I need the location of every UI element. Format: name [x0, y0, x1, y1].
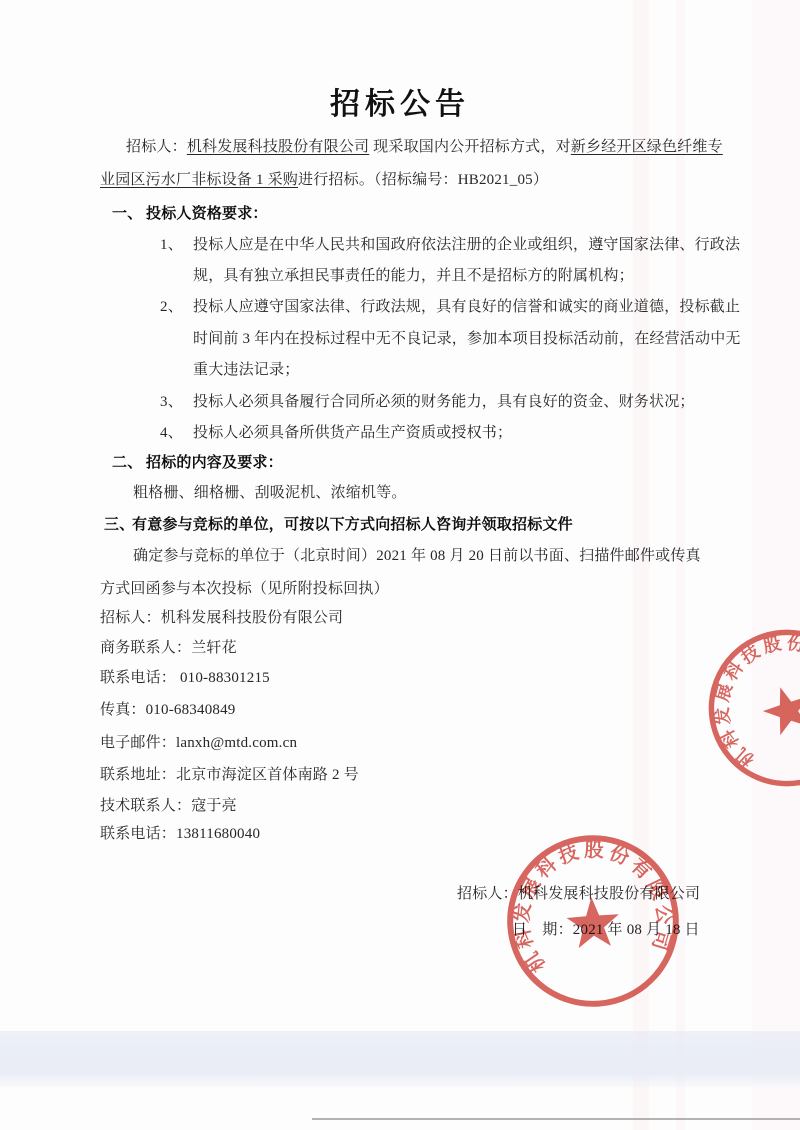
section2-content: 粗格栅、细格栅、刮吸泥机、浓缩机等。	[133, 483, 407, 504]
intro-tail-text: 进行招标。（招标编号：HB2021_05）	[298, 172, 548, 188]
item-1-text: 投标人应是在中华人民共和国政府依法注册的企业或组织，遵守国家法律、行政法	[193, 237, 740, 253]
seal-star-icon	[565, 895, 621, 948]
item-2-number: 2、	[160, 297, 193, 318]
section1-heading: 一、投标人资格要求：	[112, 204, 268, 225]
contact-address: 联系地址：北京市海淀区首体南路 2 号	[100, 765, 359, 786]
intro-mid-text: 现采取国内公开招标方式，对	[369, 139, 571, 155]
item-4-line-1: 4、投标人必须具备所供货产品生产资质或授权书；	[160, 423, 512, 444]
scan-edge-line	[312, 1118, 800, 1120]
scan-artifact-band	[0, 1031, 800, 1087]
contact-tech-person: 技术联系人：寇于亮	[100, 796, 237, 817]
project-name-part2: 业园区污水厂非标设备 1 采购	[100, 172, 298, 188]
item-1-number: 1、	[160, 235, 193, 256]
item-3-text: 投标人必须具备履行合同所必须的财务能力，具有良好的资金、财务状况；	[193, 394, 695, 410]
item-2-text: 重大违法记录；	[193, 362, 299, 378]
section3-heading: 三、有意参与竞标的单位，可按以下方式向招标人咨询并领取招标文件	[104, 515, 573, 536]
intro-line-2: 业园区污水厂非标设备 1 采购进行招标。（招标编号：HB2021_05）	[100, 170, 548, 191]
item-4-number: 4、	[160, 423, 193, 444]
bidder-name-underlined: 机科发展科技股份有限公司	[187, 139, 369, 155]
item-2-line-1: 2、投标人应遵守国家法律、行政法规，具有良好的信誉和诚实的商业道德，投标截止	[160, 297, 740, 318]
section3-para-line-1: 确定参与竞标的单位于（北京时间）2021 年 08 月 20 日前以书面、扫描件…	[133, 546, 701, 567]
item-1-text: 规，具有独立承担民事责任的能力，并且不是招标方的附属机构；	[193, 268, 634, 284]
contact-phone: 联系电话： 010-88301215	[100, 668, 270, 689]
item-3-line-1: 3、投标人必须具备履行合同所必须的财务能力，具有良好的资金、财务状况；	[160, 392, 695, 413]
company-seal-edge: 机科发展科技股份有限公司	[703, 624, 800, 792]
item-2-line-2: 时间前 3 年内在投标过程中无不良记录，参加本项目投标活动前，在经营活动中无	[193, 329, 741, 350]
item-2-line-3: 重大违法记录；	[193, 360, 299, 381]
seal-star-icon	[757, 680, 800, 738]
project-name-part1: 新乡经开区绿色纤维专	[571, 139, 723, 155]
intro-label: 招标人：	[126, 139, 187, 155]
scan-streak	[752, 0, 800, 1130]
section3-marker: 三、	[104, 515, 132, 536]
section3-para-line-2: 方式回函参与本次投标（见所附投标回执）	[100, 579, 389, 600]
section2-heading-text: 招标的内容及要求：	[146, 455, 283, 471]
section1-heading-text: 投标人资格要求：	[146, 206, 268, 222]
item-3-number: 3、	[160, 392, 193, 413]
contact-tech-phone: 联系电话：13811680040	[100, 824, 260, 845]
contact-business-person: 商务联系人：兰轩花	[100, 638, 237, 659]
company-seal-main: 机科发展科技股份有限公司	[501, 829, 685, 1013]
contact-bidder: 招标人：机科发展科技股份有限公司	[100, 608, 343, 629]
intro-line-1: 招标人：机科发展科技股份有限公司 现采取国内公开招标方式，对新乡经开区绿色纤维专	[126, 137, 723, 158]
page-title: 招标公告	[0, 88, 800, 121]
item-2-text: 投标人应遵守国家法律、行政法规，具有良好的信誉和诚实的商业道德，投标截止	[193, 299, 740, 315]
section2-marker: 二、	[112, 453, 146, 474]
contact-fax: 传真：010-68340849	[100, 700, 236, 721]
item-2-text: 时间前 3 年内在投标过程中无不良记录，参加本项目投标活动前，在经营活动中无	[193, 331, 741, 347]
item-1-line-2: 规，具有独立承担民事责任的能力，并且不是招标方的附属机构；	[193, 266, 634, 287]
document-page: 招标公告 招标人：机科发展科技股份有限公司 现采取国内公开招标方式，对新乡经开区…	[0, 0, 800, 1130]
item-1-line-1: 1、投标人应是在中华人民共和国政府依法注册的企业或组织，遵守国家法律、行政法	[160, 235, 740, 256]
item-4-text: 投标人必须具备所供货产品生产资质或授权书；	[193, 425, 512, 441]
section2-heading: 二、招标的内容及要求：	[112, 453, 283, 474]
section1-marker: 一、	[112, 204, 146, 225]
contact-email: 电子邮件：lanxh@mtd.com.cn	[100, 733, 297, 754]
section3-heading-text: 有意参与竞标的单位，可按以下方式向招标人咨询并领取招标文件	[132, 517, 573, 533]
